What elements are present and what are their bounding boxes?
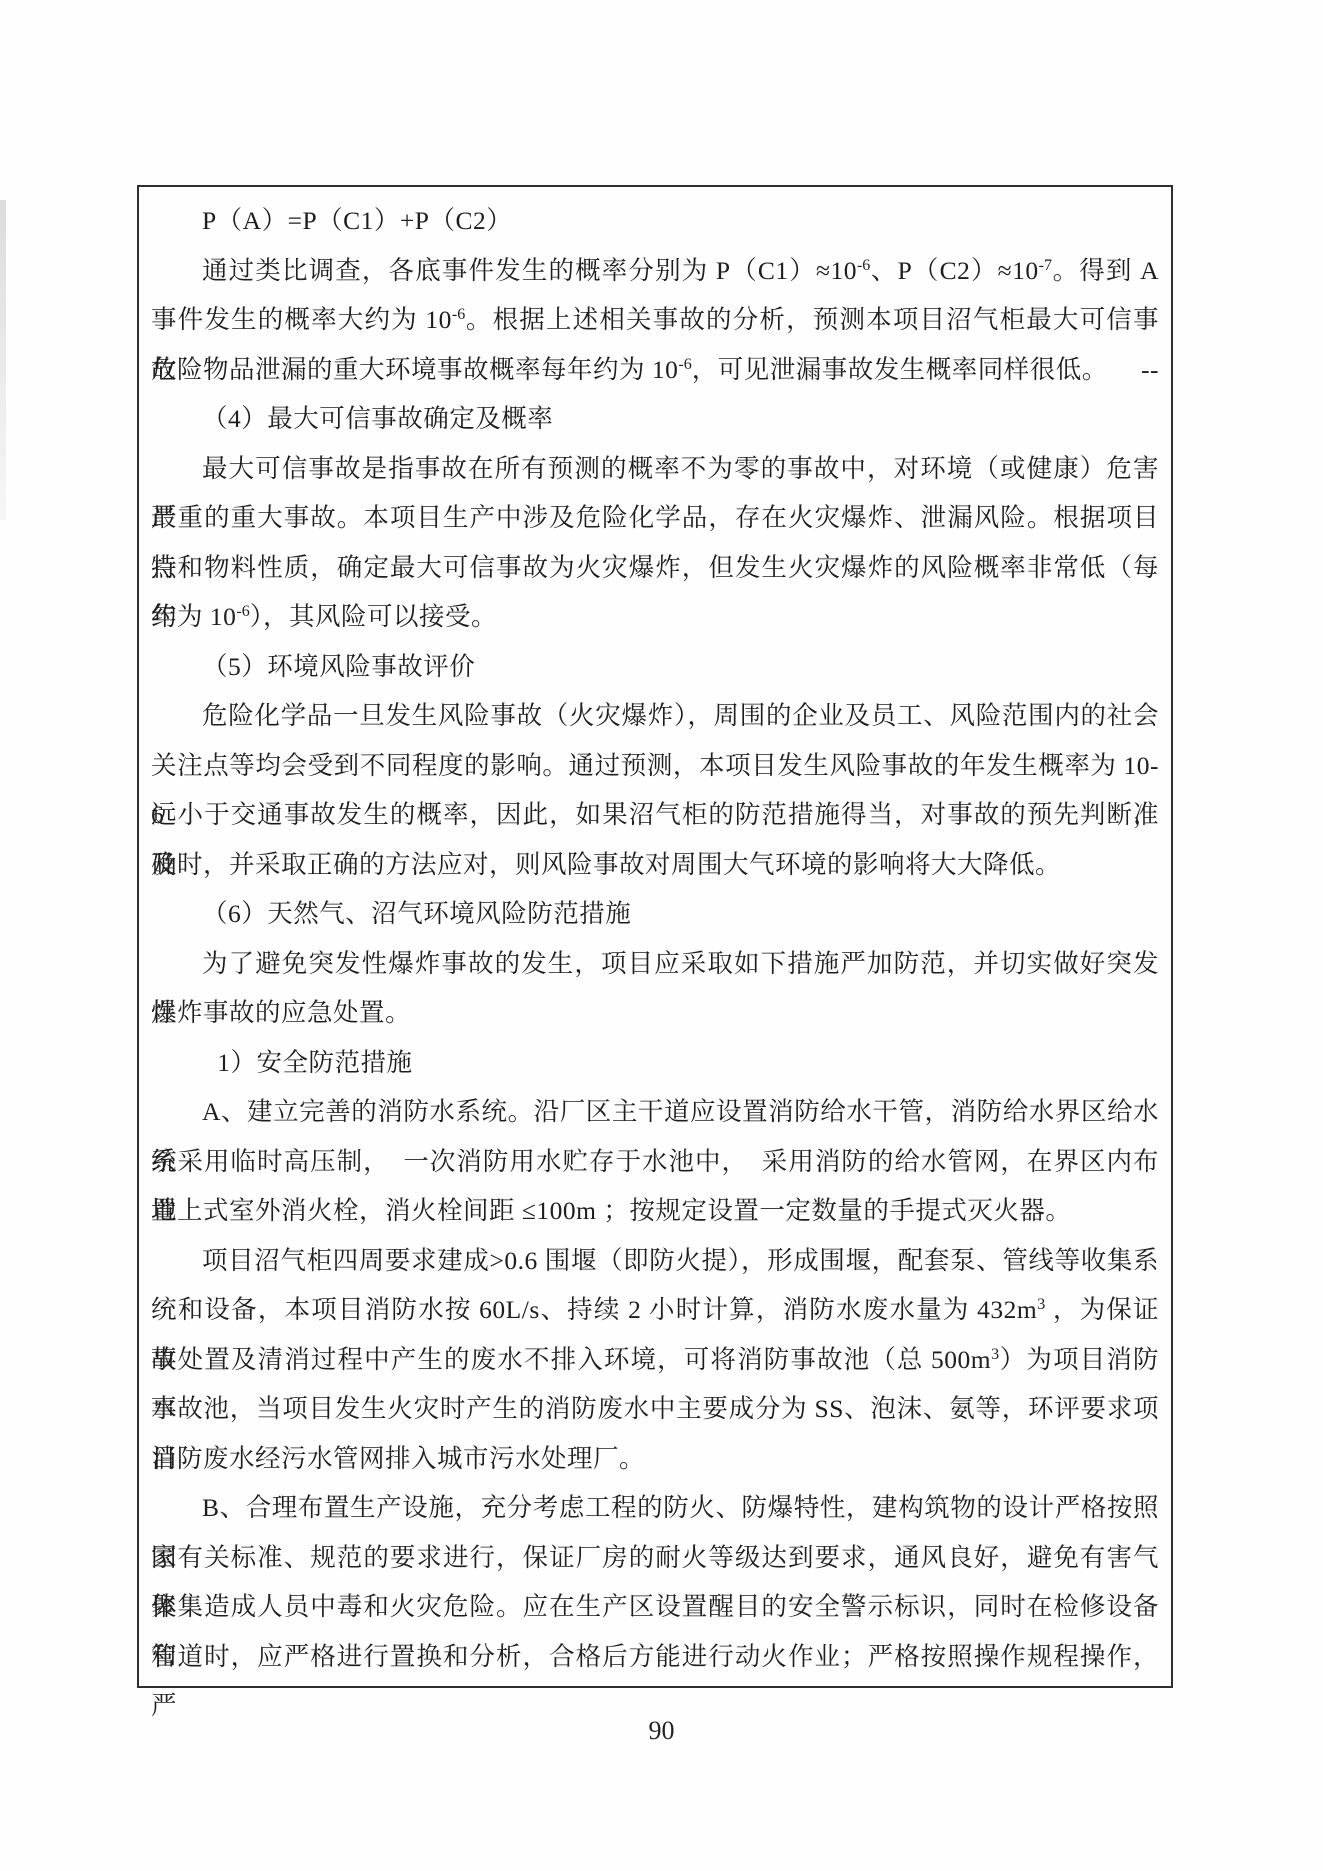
text-line: 消防废水经污水管网排入城市污水处理厂。 xyxy=(151,1434,1159,1484)
text-line: 家有关标准、规范的要求进行，保证厂房的耐火等级达到要求，通风良好，避免有害气体 xyxy=(151,1533,1159,1583)
text-segment: 项目沼气柜四周要求建成>0.6 围堰（即防火提），形成围堰，配套泵、管线等收集系 xyxy=(202,1246,1159,1275)
text-line: 远小于交通事故发生的概率，因此，如果沼气柜的防范措施得当，对事故的预先判断准确 xyxy=(151,790,1159,840)
superscript: -6 xyxy=(678,356,691,373)
text-line: 通过类比调查，各底事件发生的概率分别为 P（C1）≈10-6、P（C2）≈10-… xyxy=(151,246,1159,296)
text-segment: 1）安全防范措施 xyxy=(217,1048,412,1077)
content-border-box: P（A）=P（C1）+P（C2）通过类比调查，各底事件发生的概率分别为 P（C1… xyxy=(137,185,1173,1688)
document-lines: P（A）=P（C1）+P（C2）通过类比调查，各底事件发生的概率分别为 P（C1… xyxy=(151,196,1159,1681)
text-segment: 统和设备，本项目消防水按 60L/s、持续 2 小时计算，消防水废水量为 432… xyxy=(151,1295,1037,1324)
text-segment: 。得到 A xyxy=(1052,256,1159,285)
page-number: 90 xyxy=(0,1716,1323,1746)
text-line: 事故池，当项目发生火灾时产生的消防废水中主要成分为 SS、泡沫、氨等，环评要求项… xyxy=(151,1384,1159,1434)
text-segment: 危险化学品一旦发生风险事故（火灾爆炸），周围的企业及员工、风险范围内的社会 xyxy=(202,701,1159,730)
text-line: 点和物料性质，确定最大可信事故为火灾爆炸，但发生火灾爆炸的风险概率非常低（每年 xyxy=(151,543,1159,593)
text-line: 统和设备，本项目消防水按 60L/s、持续 2 小时计算，消防水废水量为 432… xyxy=(151,1285,1159,1335)
text-line: 严重的重大事故。本项目生产中涉及危险化学品，存在火灾爆炸、泄漏风险。根据项目特 xyxy=(151,493,1159,543)
text-line: 地上式室外消火栓，消火栓间距 ≤100m ；按规定设置一定数量的手提式灭火器。 xyxy=(151,1186,1159,1236)
text-segment: ），其风险可以接受。 xyxy=(250,602,497,631)
text-line: （4）最大可信事故确定及概率 xyxy=(151,394,1159,444)
text-line: 关注点等均会受到不同程度的影响。通过预测，本项目发生风险事故的年发生概率为 10… xyxy=(151,741,1159,791)
text-line: 爆炸事故的应急处置。 xyxy=(151,988,1159,1038)
text-segment: 约为 10 xyxy=(151,602,236,631)
text-line: 及时，并采取正确的方法应对，则风险事故对周围大气环境的影响将大大降低。 xyxy=(151,840,1159,890)
text-line: 管道时，应严格进行置换和分析，合格后方能进行动火作业；严格按照操作规程操作，严 xyxy=(151,1632,1159,1682)
text-line: 1）安全防范措施 xyxy=(151,1038,1159,1088)
text-segment: 管道时，应严格进行置换和分析，合格后方能进行动火作业；严格按照操作规程操作，严 xyxy=(151,1642,1159,1721)
text-line: 约为 10-6），其风险可以接受。 xyxy=(151,592,1159,642)
text-line: A、建立完善的消防水系统。沿厂区主干道应设置消防给水干管，消防给水界区给水系 xyxy=(151,1087,1159,1137)
text-line: （5）环境风险事故评价 xyxy=(151,642,1159,692)
text-line: 危险化学品一旦发生风险事故（火灾爆炸），周围的企业及员工、风险范围内的社会 xyxy=(151,691,1159,741)
text-segment: 、P（C2）≈10 xyxy=(870,256,1038,285)
text-line: 危险物品泄漏的重大环境事故概率每年约为 10-6，可见泄漏事故发生概率同样很低。 xyxy=(151,345,1159,395)
scan-artifact xyxy=(0,200,6,520)
superscript: -6 xyxy=(236,603,249,620)
text-line: 聚集造成人员中毒和火灾危险。应在生产区设置醒目的安全警示标识，同时在检修设备和 xyxy=(151,1582,1159,1632)
text-segment: （4）最大可信事故确定及概率 xyxy=(202,404,553,433)
text-segment: 爆炸事故的应急处置。 xyxy=(151,998,411,1027)
text-line: 事件发生的概率大约为 10-6。根据上述相关事故的分析，预测本项目沼气柜最大可信… xyxy=(151,295,1159,345)
text-segment: P（A）=P（C1）+P（C2） xyxy=(202,206,512,235)
text-segment: ，可见泄漏事故发生概率同样很低。 xyxy=(692,355,1108,384)
text-line: 为了避免突发性爆炸事故的发生，项目应采取如下措施严加防范，并切实做好突发性 xyxy=(151,939,1159,989)
text-segment: 事件发生的概率大约为 10 xyxy=(151,305,452,334)
text-line: B、合理布置生产设施，充分考虑工程的防火、防爆特性，建构筑物的设计严格按照国 xyxy=(151,1483,1159,1533)
text-segment: 危险物品泄漏的重大环境事故概率每年约为 10 xyxy=(151,355,678,384)
text-segment: （5）环境风险事故评价 xyxy=(202,652,475,681)
text-segment: 故处置及清消过程中产生的废水不排入环境，可将消防事故池（总 500m xyxy=(151,1345,991,1374)
text-line: （6）天然气、沼气环境风险防范措施 xyxy=(151,889,1159,939)
text-segment: 消防废水经污水管网排入城市污水处理厂。 xyxy=(151,1444,645,1473)
text-line: 最大可信事故是指事故在所有预测的概率不为零的事故中，对环境（或健康）危害最 xyxy=(151,444,1159,494)
text-segment: （6）天然气、沼气环境风险防范措施 xyxy=(202,899,631,928)
superscript: 3 xyxy=(991,1346,999,1363)
superscript: -7 xyxy=(1039,257,1052,274)
text-line: 故处置及清消过程中产生的废水不排入环境，可将消防事故池（总 500m3）为项目消… xyxy=(151,1335,1159,1385)
text-segment: 通过类比调查，各底事件发生的概率分别为 P（C1）≈10 xyxy=(202,256,857,285)
text-line: 统采用临时高压制， 一次消防用水贮存于水池中， 采用消防的给水管网，在界区内布置 xyxy=(151,1137,1159,1187)
text-line: P（A）=P（C1）+P（C2） xyxy=(151,196,1159,246)
text-line: 项目沼气柜四周要求建成>0.6 围堰（即防火提），形成围堰，配套泵、管线等收集系 xyxy=(151,1236,1159,1286)
superscript: -6 xyxy=(857,257,870,274)
text-segment: 地上式室外消火栓，消火栓间距 ≤100m ；按规定设置一定数量的手提式灭火器。 xyxy=(151,1196,1071,1225)
superscript: -6 xyxy=(452,306,465,323)
text-segment: 及时，并采取正确的方法应对，则风险事故对周围大气环境的影响将大大降低。 xyxy=(151,850,1061,879)
